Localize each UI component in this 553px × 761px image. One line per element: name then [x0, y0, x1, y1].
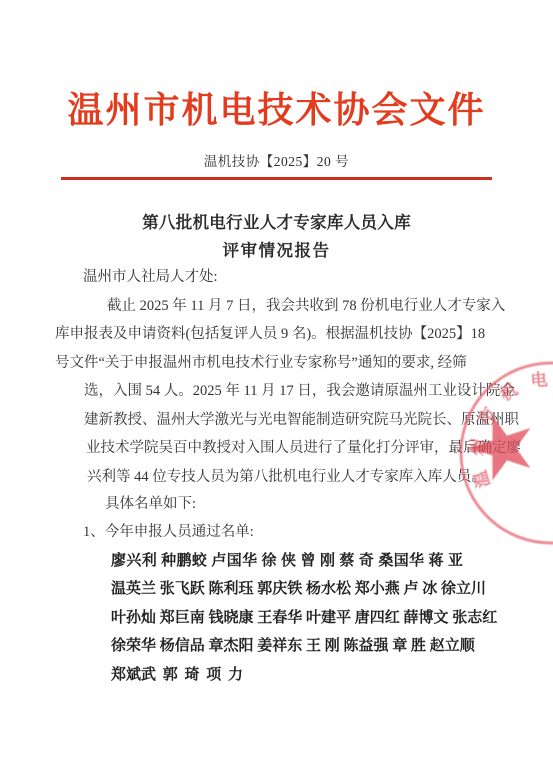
doc-number: 温机技协【2025】20 号 — [0, 150, 553, 170]
body-line: 建新教授、温州大学激光与光电智能制造研究院马光院长、原温州职 — [84, 408, 470, 428]
addressee: 温州市人社局人才处: — [83, 265, 218, 286]
body-line: 号文件“关于申报温州市机电技术行业专家称号”通知的要求, 经筛 — [55, 351, 455, 371]
names-line: 徐荣华 杨信品 章杰阳 姜祥东 王 刚 陈益强 章 胜 赵立顺 — [111, 634, 470, 655]
doc-title-line2: 评审情况报告 — [0, 237, 553, 261]
body-line: 库申报表及申请资料(包括复评人员 9 名)。根据温机技协【2025】18 — [55, 322, 467, 342]
masthead-title: 温州市机电技术协会文件 — [0, 82, 553, 133]
list-intro: 具体名单如下: — [105, 492, 196, 513]
body-line: 选，入围 54 人。2025 年 11 月 17 日，我会邀请原温州工业设计院金 — [84, 379, 464, 399]
doc-title-line1: 第八批机电行业人才专家库人员入库 — [0, 209, 553, 233]
names-line: 廖兴利 种鹏蛟 卢国华 徐 侠 曾 刚 蔡 奇 桑国华 蒋 亚 — [111, 549, 463, 570]
body-line: 兴利等 44 位专技人员为第八批机电行业人才专家库入库人员。 — [87, 465, 487, 485]
body-line: 截止 2025 年 11 月 7 日，我会共收到 78 份机电行业人才专家入 — [107, 294, 467, 314]
section-heading: 1、今年申报人员通过名单: — [83, 520, 254, 541]
body-line: 业技术学院吴百中教授对入围人员进行了量化打分评审，最后确定廖 — [86, 436, 464, 456]
names-line: 叶孙灿 郑巨南 钱晓康 王春华 叶建平 唐四红 薛博文 张志红 — [111, 606, 470, 627]
names-line: 郑斌武 郭 琦 项 力 — [111, 663, 411, 684]
names-line: 温英兰 张飞跃 陈利珏 郭庆铁 杨水松 郑小燕 卢 冰 徐立川 — [111, 577, 468, 598]
red-separator-rule — [61, 177, 492, 180]
document-page: 温州市机电技术协会文件 温机技协【2025】20 号 第八批机电行业人才专家库人… — [0, 0, 553, 761]
